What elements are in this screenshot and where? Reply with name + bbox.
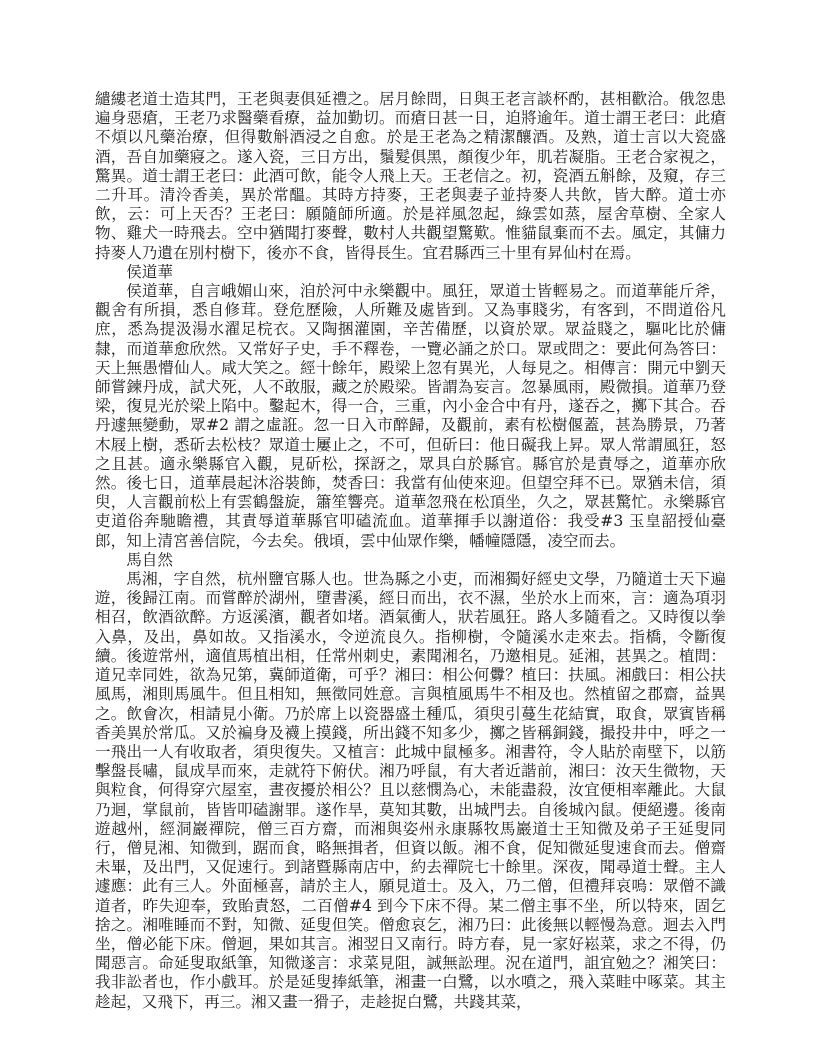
section-heading: 侯道華 (95, 263, 726, 282)
document-body: 繾縷老道士造其門，王老與妻俱延禮之。居月餘問，日與王老言談杯酌，甚相歡洽。俄忽患… (95, 90, 726, 1012)
page: 繾縷老道士造其門，王老與妻俱延禮之。居月餘問，日與王老言談杯酌，甚相歡洽。俄忽患… (0, 0, 816, 1056)
paragraph: 侯道華，自言峨媚山來，洎於河中永樂觀中。風狂，眾道士皆輕易之。而道華能斤斧，觀舍… (95, 282, 726, 551)
paragraph: 繾縷老道士造其門，王老與妻俱延禮之。居月餘問，日與王老言談杯酌，甚相歡洽。俄忽患… (95, 90, 726, 263)
section-heading: 馬自然 (95, 551, 726, 570)
paragraph: 馬湘，字自然，杭州鹽官縣人也。世為縣之小吏，而湘獨好經史文學，乃隨道士天下遍遊，… (95, 570, 726, 1012)
